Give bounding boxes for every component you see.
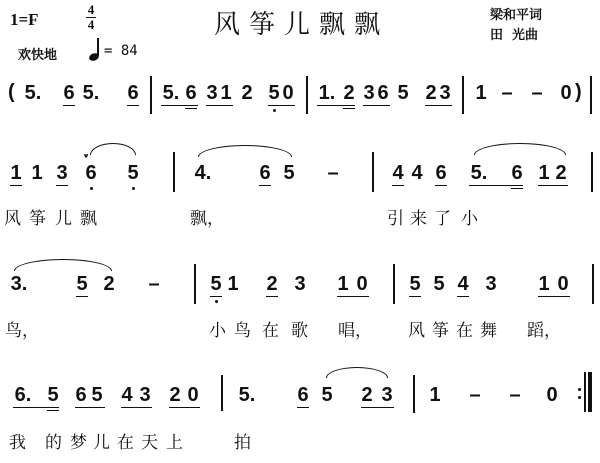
note: 6 — [510, 162, 524, 184]
note: 2 — [554, 162, 568, 184]
note: 5 — [46, 384, 60, 406]
note: 5 — [209, 273, 223, 295]
lyric: 天 — [141, 428, 158, 453]
note: 5 — [267, 82, 281, 104]
key-signature: 1=F — [10, 10, 39, 30]
note: 5. — [80, 82, 102, 104]
rest: 0 — [545, 384, 559, 406]
time-signature: 4 4 — [86, 4, 96, 31]
credits: 梁和平词 田 光曲 — [490, 6, 542, 46]
note: 2 — [240, 82, 254, 104]
note: 3. — [8, 273, 30, 295]
note: 6 — [258, 162, 272, 184]
lyric: 飘 — [80, 204, 97, 229]
underline-double — [343, 108, 355, 109]
lyric: 歌 — [291, 316, 308, 341]
note: 1 — [336, 273, 350, 295]
note: 3 — [484, 273, 498, 295]
underline — [317, 105, 355, 106]
note: 6 — [126, 82, 140, 104]
note: 5 — [126, 162, 140, 184]
lyric: 我 — [9, 428, 26, 453]
note: 0 — [281, 82, 295, 104]
note: 4 — [391, 162, 405, 184]
note: 1 — [9, 162, 23, 184]
repeat-barline-thin — [584, 372, 586, 412]
note: 1 — [474, 82, 488, 104]
lyric: 风 — [408, 316, 425, 341]
rest: 0 — [559, 82, 573, 104]
note: 4. — [192, 162, 214, 184]
note: 2 — [360, 384, 374, 406]
note: 6. — [12, 384, 34, 406]
lyric: 来 — [410, 204, 427, 229]
note: 3 — [138, 384, 152, 406]
underline — [425, 105, 452, 106]
note: 1 — [428, 384, 442, 406]
note: 5. — [22, 82, 44, 104]
slur — [90, 143, 136, 155]
barline — [150, 76, 152, 114]
note: 5. — [236, 384, 258, 406]
lyric: 引 — [387, 204, 404, 229]
underline — [259, 185, 271, 186]
note: 1. — [316, 82, 338, 104]
lyric: 的 — [45, 428, 62, 453]
dash: – — [508, 384, 522, 406]
note: 2 — [265, 273, 279, 295]
slur — [14, 259, 112, 271]
underline — [297, 407, 309, 408]
underline-double — [511, 188, 523, 189]
underline — [435, 185, 447, 186]
note: 2 — [168, 384, 182, 406]
lyric: 在 — [117, 428, 134, 453]
note: 6 — [74, 384, 88, 406]
note: 1 — [30, 162, 44, 184]
underline — [121, 407, 152, 408]
underline — [10, 185, 22, 186]
dash: – — [468, 384, 482, 406]
note: 5 — [75, 273, 89, 295]
note: 1 — [537, 162, 551, 184]
note: 6 — [296, 384, 310, 406]
underline — [469, 185, 523, 186]
note: 5 — [408, 273, 422, 295]
lyric: 小 — [209, 316, 226, 341]
lyric: 唱， — [338, 316, 372, 341]
underline — [392, 185, 404, 186]
underline — [75, 407, 105, 408]
note: 6 — [376, 82, 390, 104]
barline — [462, 76, 464, 114]
note: 2 — [342, 82, 356, 104]
lyric: 小 — [461, 204, 478, 229]
lyric: 蹈， — [527, 316, 561, 341]
underline — [538, 296, 570, 297]
repeat-dot — [578, 396, 581, 399]
lyricist: 梁和平词 — [490, 6, 542, 26]
time-signature-bottom: 4 — [86, 19, 96, 31]
mordent-icon: ᵥᵥ — [84, 149, 85, 160]
note: 3 — [55, 162, 69, 184]
lyric: 鸟， — [5, 316, 39, 341]
note: 6 — [184, 82, 198, 104]
paren-close: ) — [575, 81, 582, 104]
note: 5 — [432, 273, 446, 295]
underline-double — [47, 410, 59, 411]
underline — [457, 296, 469, 297]
lyric: 飘， — [190, 204, 224, 229]
quarter-note-icon — [86, 36, 102, 62]
lyric: 筝 — [432, 316, 449, 341]
note: 0 — [355, 273, 369, 295]
paren-open: ( — [8, 81, 15, 104]
underline — [337, 296, 369, 297]
note: 1 — [226, 273, 240, 295]
underline — [161, 105, 198, 106]
dash: – — [530, 82, 544, 104]
lyric: 筝 — [29, 204, 46, 229]
lyric: 在 — [456, 316, 473, 341]
low-octave-dot — [215, 300, 218, 303]
lyric: 了 — [434, 204, 451, 229]
note: 6 — [434, 162, 448, 184]
underline — [63, 105, 75, 106]
note: 5 — [320, 384, 334, 406]
dash: – — [500, 82, 514, 104]
note: 5 — [282, 162, 296, 184]
barline — [173, 152, 175, 192]
barline — [221, 375, 223, 411]
underline — [266, 296, 278, 297]
note: 4 — [120, 384, 134, 406]
barline — [591, 152, 593, 192]
lyric: 鸟 — [234, 316, 251, 341]
slur — [198, 145, 292, 157]
low-octave-dot — [90, 187, 93, 190]
lyric: 在 — [262, 316, 279, 341]
underline — [409, 296, 421, 297]
dash: – — [147, 273, 161, 295]
barline — [372, 152, 374, 192]
underline — [268, 105, 295, 106]
underline — [56, 185, 68, 186]
underline — [363, 105, 390, 106]
note: 3 — [380, 384, 394, 406]
note: 3 — [293, 273, 307, 295]
note: 2 — [424, 82, 438, 104]
barline — [413, 375, 415, 413]
note: 5. — [468, 162, 490, 184]
underline — [210, 296, 222, 297]
note: 0 — [186, 384, 200, 406]
slur — [474, 143, 566, 155]
note: 6 — [84, 162, 98, 184]
note: 4 — [410, 162, 424, 184]
tempo-marking: 欢快地 — [18, 44, 57, 63]
note: 1 — [537, 273, 551, 295]
note: 5 — [396, 82, 410, 104]
time-signature-top: 4 — [86, 4, 96, 16]
barline — [393, 264, 395, 304]
lyric: 儿 — [55, 204, 72, 229]
note: 1 — [219, 82, 233, 104]
low-octave-dot — [132, 187, 135, 190]
dash: – — [326, 162, 340, 184]
note: 3 — [362, 82, 376, 104]
lyric: 梦 — [70, 428, 87, 453]
low-octave-dot — [273, 109, 276, 112]
underline — [169, 407, 200, 408]
tempo-value: = 84 — [104, 43, 138, 59]
note: 4 — [456, 273, 470, 295]
note: 5 — [90, 384, 104, 406]
note: 3 — [205, 82, 219, 104]
lyric: 舞 — [480, 316, 497, 341]
slur — [326, 367, 388, 378]
composer: 田 光曲 — [490, 26, 542, 46]
barline — [590, 76, 592, 114]
lyric: 上 — [166, 428, 183, 453]
repeat-dot — [578, 388, 581, 391]
barline — [194, 264, 196, 304]
repeat-barline-thick — [588, 372, 592, 412]
underline-double — [185, 108, 197, 109]
note: 0 — [556, 273, 570, 295]
underline — [538, 185, 568, 186]
lyric: 风 — [4, 204, 21, 229]
note: 5. — [160, 82, 182, 104]
underline — [76, 296, 88, 297]
underline — [361, 407, 394, 408]
underline — [127, 105, 139, 106]
lyric: 拍 — [234, 428, 251, 453]
song-title: 风筝儿飘飘 — [214, 4, 389, 41]
note: 6 — [62, 82, 76, 104]
note: 2 — [102, 273, 116, 295]
underline — [206, 105, 233, 106]
barline — [592, 264, 594, 304]
barline — [306, 76, 308, 114]
note: 3 — [438, 82, 452, 104]
underline — [13, 407, 59, 408]
lyric: 儿 — [93, 428, 110, 453]
